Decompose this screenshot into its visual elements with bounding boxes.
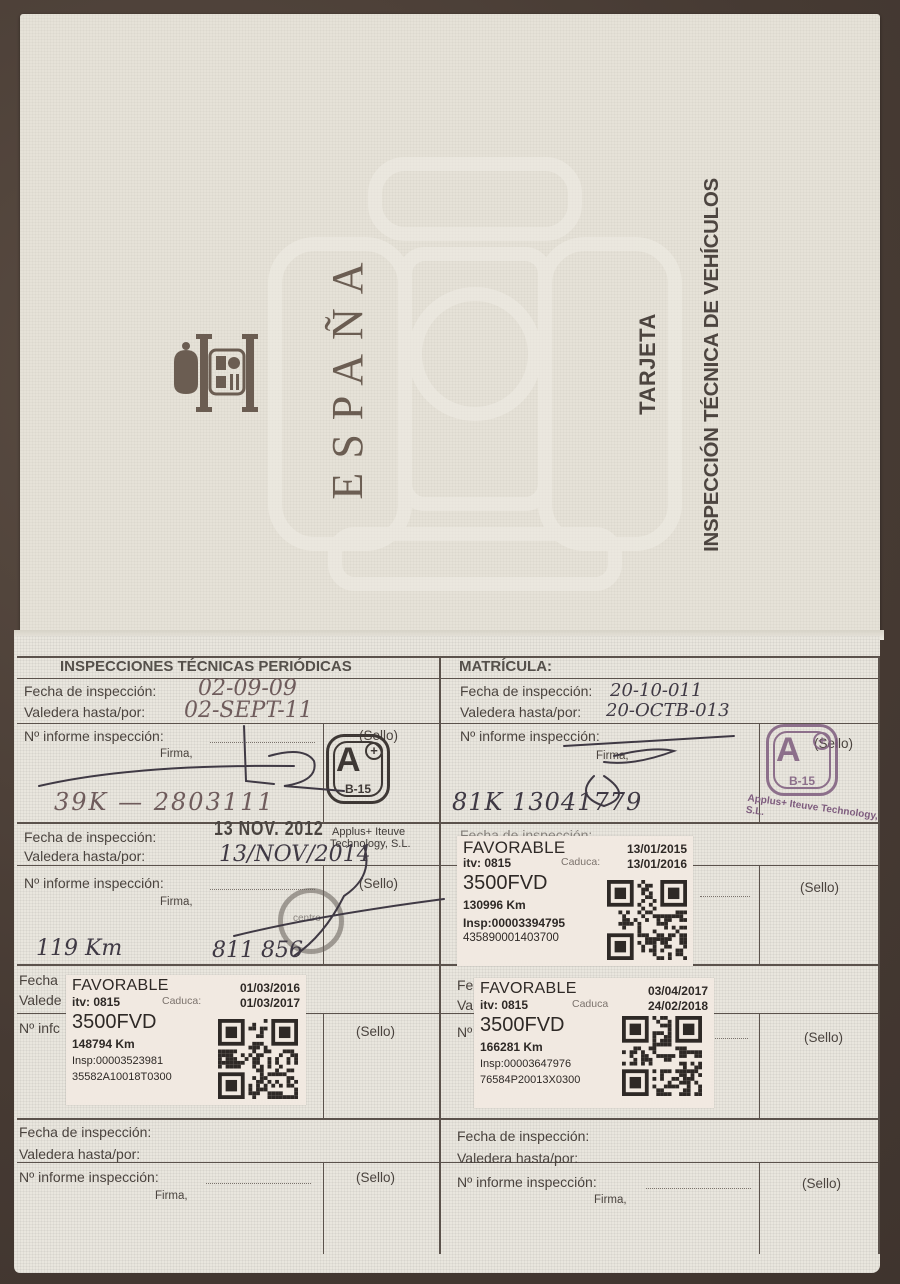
label-informe: Nº informe inspección:: [19, 1169, 159, 1185]
section-header-plate: MATRÍCULA:: [459, 658, 552, 675]
label-informe: Nº informe inspección:: [460, 728, 600, 744]
label-valedera: Valedera hasta/por:: [24, 848, 145, 864]
sticker-caduca-label: Caduca:: [561, 856, 600, 868]
sticker-expiry-date: 13/01/2016: [627, 857, 687, 871]
label-sello: (Sello): [800, 880, 839, 895]
label-fecha: Fecha de inspección:: [457, 1128, 589, 1144]
handwritten-valid-until: 02-SEPT-11: [184, 698, 313, 723]
document-cover: ESPAÑA TARJETA INSPECCIÓN TÉCNICA DE VEH…: [20, 14, 880, 634]
handwritten-km: 119 Km: [36, 936, 122, 961]
label-firma: Firma,: [596, 750, 629, 762]
label-fecha: Fecha de inspección:: [460, 683, 592, 699]
label-informe: Nº informe inspección:: [24, 875, 164, 891]
sticker-km: 130996 Km: [463, 898, 526, 912]
label-fecha: Fecha de inspección:: [24, 683, 156, 699]
sticker-insp: Insp:00003647976: [480, 1058, 571, 1070]
handwritten-report-number: 39K — 2803111: [54, 788, 275, 816]
handwritten-inspection-date: 20-10-011: [610, 680, 702, 701]
card-title: TARJETA: [635, 294, 665, 434]
label-valedera: Valedera hasta/por:: [19, 1146, 140, 1162]
sticker-inspection-date: 13/01/2015: [627, 842, 687, 856]
sticker-plate: 3500FVD: [480, 1014, 565, 1037]
label-firma: Firma,: [160, 896, 193, 908]
sticker-inspection-date: 01/03/2016: [240, 981, 300, 995]
label-fecha: Fecha de inspección:: [19, 1124, 151, 1140]
label-firma: Firma,: [160, 748, 193, 760]
label-fecha: Fecha de inspección:: [24, 829, 156, 845]
sticker-plate: 3500FVD: [463, 872, 548, 895]
label-sello: (Sello): [356, 1024, 395, 1039]
sticker-expiry-date: 01/03/2017: [240, 996, 300, 1010]
label-informe-fragment: Nº: [457, 1024, 472, 1040]
sticker-code: 435890001403700: [463, 932, 559, 944]
date-stamp: 13 NOV. 2012: [214, 818, 324, 841]
itv-stamp: A + B-15: [326, 734, 390, 804]
sticker-insp: Insp:00003394795: [463, 916, 565, 930]
sticker-inspection-date: 03/04/2017: [648, 984, 708, 998]
qr-code-icon: [607, 880, 687, 960]
label-valedera: Valedera hasta/por:: [460, 704, 581, 720]
sticker-code: 35582A10018T0300: [72, 1071, 172, 1083]
label-informe-fragment: Nº infc: [19, 1020, 60, 1036]
itv-sticker: FAVORABLE itv: 0815 Caduca: 01/03/2016 0…: [66, 975, 306, 1105]
handwritten-report-number: 81K 13041779: [452, 788, 642, 816]
sticker-result: FAVORABLE: [72, 977, 169, 995]
label-sello: (Sello): [802, 1176, 841, 1191]
sticker-result: FAVORABLE: [463, 838, 566, 858]
sticker-km: 166281 Km: [480, 1040, 543, 1054]
label-sello: (Sello): [359, 876, 398, 891]
section-header-periodic-inspections: INSPECCIONES TÉCNICAS PERIÓDICAS: [60, 658, 352, 675]
label-sello: (Sello): [804, 1030, 843, 1045]
sticker-code: 76584P20013X0300: [480, 1074, 580, 1086]
sticker-station: itv: 0815: [463, 856, 511, 870]
label-informe: Nº informe inspección:: [457, 1174, 597, 1190]
itv-sticker: FAVORABLE itv: 0815 Caduca 03/04/2017 24…: [474, 978, 714, 1108]
label-fecha-fragment: Fecha: [19, 972, 58, 988]
sticker-expiry-date: 24/02/2018: [648, 999, 708, 1013]
sticker-km: 148794 Km: [72, 1037, 135, 1051]
stamp-company-line1: Applus+ Iteuve: [332, 826, 405, 838]
sticker-plate: 3500FVD: [72, 1011, 157, 1034]
sticker-caduca-label: Caduca: [572, 998, 608, 1010]
itv-sticker: FAVORABLE itv: 0815 Caduca: 13/01/2015 1…: [457, 836, 693, 966]
itv-stamp: A + B-15: [766, 724, 838, 796]
qr-code-icon: [218, 1019, 298, 1099]
handwritten-valid-until: 13/NOV/2014: [219, 842, 371, 867]
country-name: ESPAÑA: [318, 239, 378, 509]
label-fecha-fragment: Fe: [457, 977, 473, 993]
label-valedera-fragment: Valede: [19, 992, 62, 1008]
handwritten-report-number: 811 856: [212, 938, 303, 963]
sticker-insp: Insp:00003523981: [72, 1055, 163, 1067]
stamp-company: Applus+ Iteuve Technology, S.L.: [745, 793, 881, 835]
sticker-station: itv: 0815: [72, 995, 120, 1009]
label-sello: (Sello): [356, 1170, 395, 1185]
handwritten-valid-until: 20-OCTB-013: [606, 700, 730, 721]
label-firma: Firma,: [155, 1190, 188, 1202]
label-valedera-fragment: Va: [457, 997, 473, 1013]
coat-of-arms-icon: [170, 332, 262, 414]
sticker-result: FAVORABLE: [480, 980, 577, 998]
label-firma: Firma,: [594, 1194, 627, 1206]
label-valedera: Valedera hasta/por:: [24, 704, 145, 720]
sticker-station: itv: 0815: [480, 998, 528, 1012]
card-subtitle: INSPECCIÓN TÉCNICA DE VEHÍCULOS: [700, 145, 730, 585]
sticker-caduca-label: Caduca:: [162, 995, 201, 1007]
label-informe: Nº informe inspección:: [24, 728, 164, 744]
label-valedera: Valedera hasta/por:: [457, 1150, 578, 1166]
inspection-page: INSPECCIONES TÉCNICAS PERIÓDICAS MATRÍCU…: [14, 636, 880, 1273]
qr-code-icon: [622, 1016, 702, 1096]
